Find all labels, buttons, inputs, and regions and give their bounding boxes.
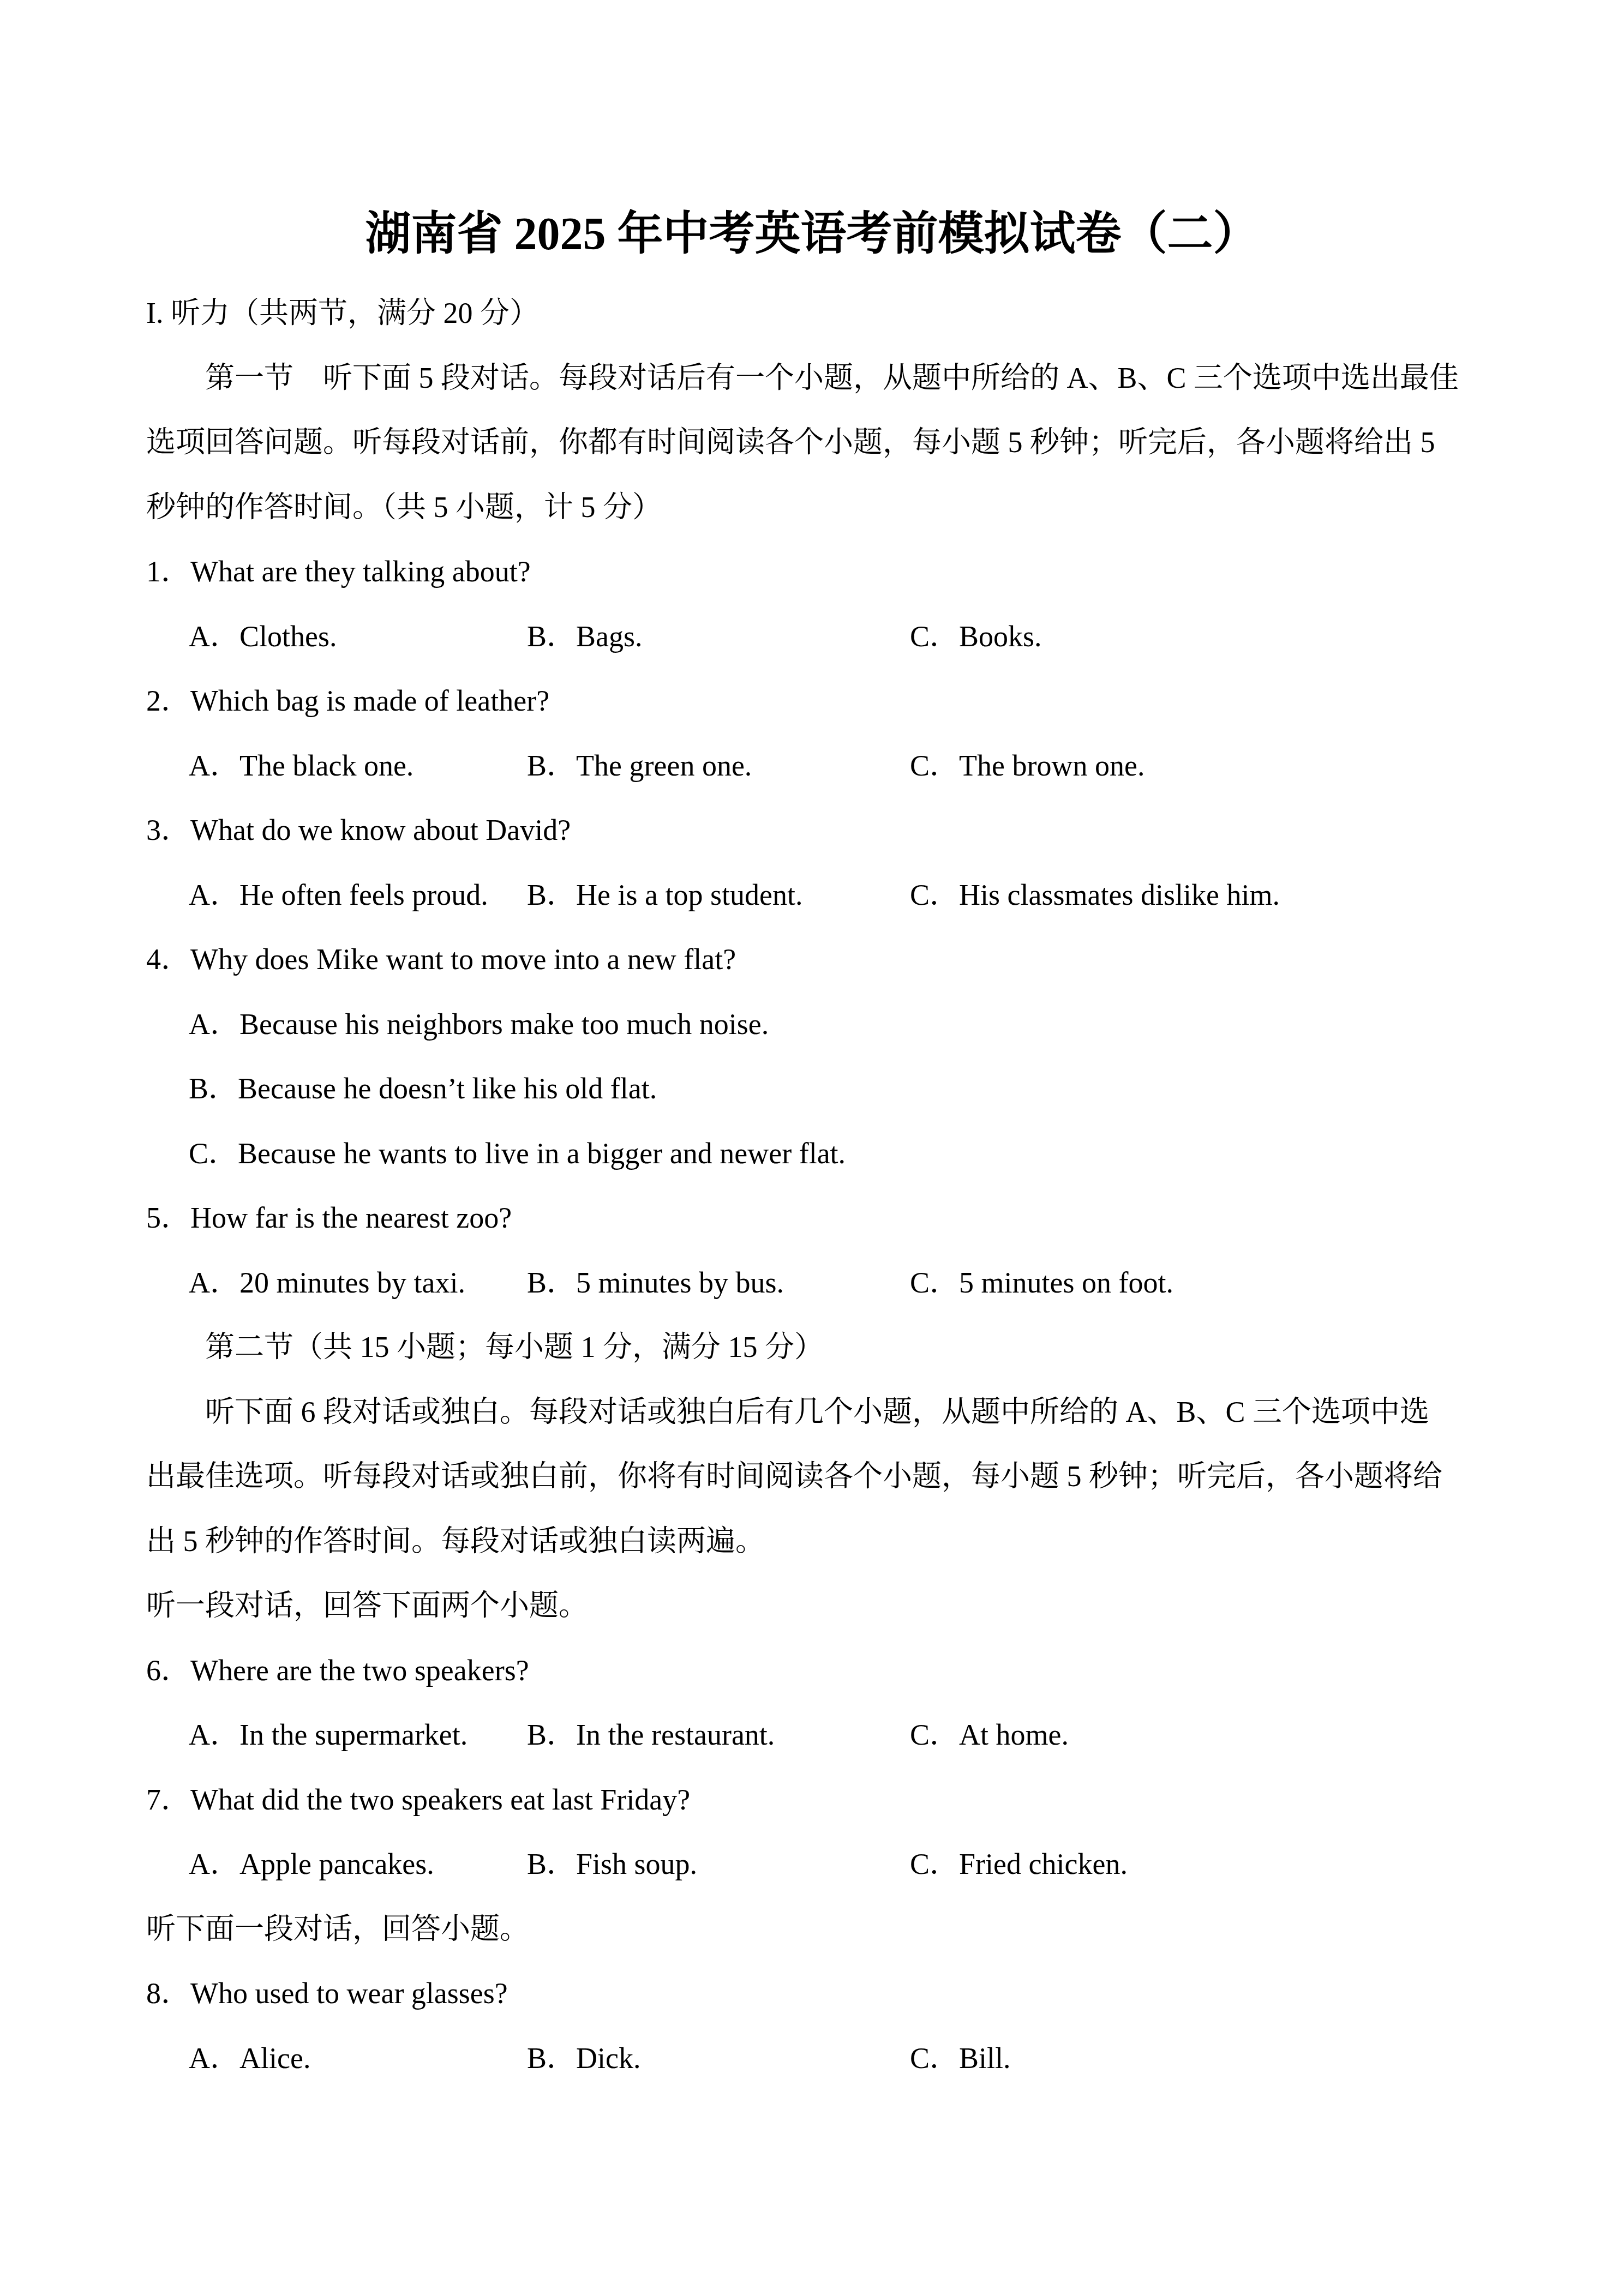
part2-heading: 第二节（共 15 小题；每小题 1 分，满分 15 分）: [146, 1315, 1478, 1380]
question-1-text: What are they talking about?: [190, 555, 531, 588]
part2-hint-1: 听一段对话，回答下面两个小题。: [146, 1573, 1478, 1638]
question-7-option-a: A．Apple pancakes.: [189, 1832, 434, 1897]
page-title: 湖南省 2025 年中考英语考前模拟试卷（二）: [0, 194, 1624, 275]
question-7-option-c: C．Fried chicken.: [910, 1832, 1128, 1897]
question-6-option-b: B．In the restaurant.: [527, 1703, 775, 1768]
question-5: 5．How far is the nearest zoo?: [146, 1186, 1478, 1251]
question-5-option-c: C．5 minutes on foot.: [910, 1251, 1173, 1315]
question-7: 7．What did the two speakers eat last Fri…: [146, 1768, 1478, 1832]
question-2: 2．Which bag is made of leather?: [146, 669, 1478, 734]
exam-page: { "document": { "title": "湖南省 2025 年中考英语…: [0, 0, 1624, 2296]
question-7-options: A．Apple pancakes. B．Fish soup. C．Fried c…: [146, 1832, 1478, 1897]
question-4-option-a: A．Because his neighbors make too much no…: [146, 992, 1478, 1057]
question-8: 8．Who used to wear glasses?: [146, 1961, 1478, 2026]
question-5-text: How far is the nearest zoo?: [190, 1201, 512, 1234]
listening-heading: I. 听力（共两节，满分 20 分）: [146, 281, 1478, 346]
question-8-options: A．Alice. B．Dick. C．Bill.: [146, 2026, 1478, 2091]
question-5-option-b: B．5 minutes by bus.: [527, 1251, 784, 1315]
question-1-option-b: B．Bags.: [527, 604, 643, 669]
part1-intro-line-1: 第一节 听下面 5 段对话。每段对话后有一个小题，从题中所给的 A、B、C 三个…: [146, 346, 1478, 411]
question-2-number: 2．: [146, 684, 190, 717]
question-3-option-b: B．He is a top student.: [527, 863, 802, 928]
question-3: 3．What do we know about David?: [146, 798, 1478, 863]
question-3-number: 3．: [146, 814, 190, 846]
question-8-option-a: A．Alice.: [189, 2026, 310, 2091]
question-1-option-a: A．Clothes.: [189, 604, 337, 669]
question-1-options: A．Clothes. B．Bags. C．Books.: [146, 604, 1478, 669]
question-4-option-b: B．Because he doesn’t like his old flat.: [146, 1056, 1478, 1121]
question-3-option-a: A．He often feels proud.: [189, 863, 488, 928]
question-1-number: 1．: [146, 555, 190, 588]
question-7-number: 7．: [146, 1783, 190, 1816]
question-2-option-c: C．The brown one.: [910, 734, 1144, 798]
question-6-option-a: A．In the supermarket.: [189, 1703, 468, 1768]
question-6-option-c: C．At home.: [910, 1703, 1069, 1768]
question-5-number: 5．: [146, 1201, 190, 1234]
question-6-number: 6．: [146, 1654, 190, 1687]
question-7-option-b: B．Fish soup.: [527, 1832, 697, 1897]
part1-intro-line-3: 秒钟的作答时间。（共 5 小题，计 5 分）: [146, 475, 1478, 540]
question-2-option-a: A．The black one.: [189, 734, 414, 798]
question-6: 6．Where are the two speakers?: [146, 1638, 1478, 1703]
part2-hint-2: 听下面一段对话，回答小题。: [146, 1897, 1478, 1962]
question-2-text: Which bag is made of leather?: [190, 684, 549, 717]
question-6-text: Where are the two speakers?: [190, 1654, 529, 1687]
question-4-number: 4．: [146, 943, 190, 976]
part2-intro-line-3: 出 5 秒钟的作答时间。每段对话或独白读两遍。: [146, 1509, 1478, 1574]
question-8-option-c: C．Bill.: [910, 2026, 1011, 2091]
question-8-text: Who used to wear glasses?: [190, 1977, 508, 2010]
question-7-text: What did the two speakers eat last Frida…: [190, 1783, 690, 1816]
question-3-text: What do we know about David?: [190, 814, 571, 846]
question-4: 4．Why does Mike want to move into a new …: [146, 927, 1478, 992]
question-8-option-b: B．Dick.: [527, 2026, 641, 2091]
question-3-options: A．He often feels proud. B．He is a top st…: [146, 863, 1478, 928]
question-5-options: A．20 minutes by taxi. B．5 minutes by bus…: [146, 1251, 1478, 1315]
question-1-option-c: C．Books.: [910, 604, 1042, 669]
question-2-option-b: B．The green one.: [527, 734, 752, 798]
document-body: I. 听力（共两节，满分 20 分） 第一节 听下面 5 段对话。每段对话后有一…: [146, 281, 1478, 2090]
question-6-options: A．In the supermarket. B．In the restauran…: [146, 1703, 1478, 1768]
question-2-options: A．The black one. B．The green one. C．The …: [146, 734, 1478, 798]
part2-intro-line-1: 听下面 6 段对话或独白。每段对话或独白后有几个小题，从题中所给的 A、B、C …: [146, 1380, 1478, 1445]
question-5-option-a: A．20 minutes by taxi.: [189, 1251, 465, 1315]
question-4-text: Why does Mike want to move into a new fl…: [190, 943, 736, 976]
question-8-number: 8．: [146, 1977, 190, 2010]
part2-intro-line-2: 出最佳选项。听每段对话或独白前，你将有时间阅读各个小题，每小题 5 秒钟；听完后…: [146, 1444, 1478, 1509]
part1-intro-line-2: 选项回答问题。听每段对话前，你都有时间阅读各个小题，每小题 5 秒钟；听完后，各…: [146, 410, 1478, 475]
question-1: 1．What are they talking about?: [146, 539, 1478, 604]
question-3-option-c: C．His classmates dislike him.: [910, 863, 1280, 928]
question-4-option-c: C．Because he wants to live in a bigger a…: [146, 1121, 1478, 1186]
